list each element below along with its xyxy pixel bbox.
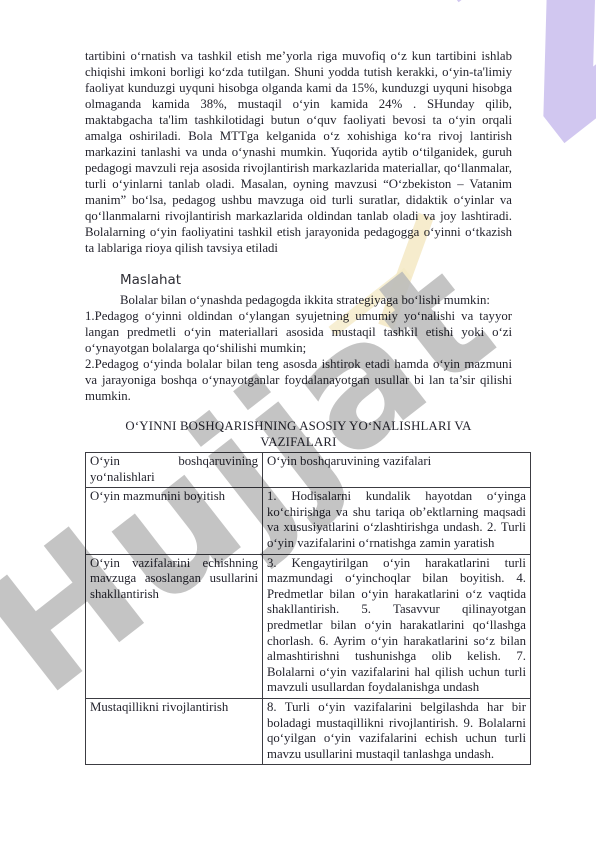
document-page: tartibini o‘rnatish va tashkil etish me’… <box>0 0 596 842</box>
header-cell-tasks: O‘yin boshqaruvining vazifalari <box>263 453 531 488</box>
row-direction-cell: Mustaqillikni rivojlantirish <box>86 698 263 764</box>
table-row: Mustaqillikni rivojlantirish 8. Turli o‘… <box>86 698 531 764</box>
maslahat-item-2: 2.Pedagog o‘yinda bolalar bilan teng aso… <box>85 356 512 404</box>
table-title-line1: O‘YINNI BOSHQARISHNING ASOSIY YO‘NALISHL… <box>85 419 512 435</box>
directions-tasks-table: O‘yin boshqaruvining yo‘nalishlari O‘yin… <box>85 452 531 765</box>
maslahat-intro: Bolalar bilan o‘ynashda pedagogda ikkita… <box>85 292 512 308</box>
table-row: O‘yin mazmunini boyitish 1. Hodisalarni … <box>86 488 531 554</box>
table-title-line2: VAZIFALARI <box>85 435 512 451</box>
table-header-row: O‘yin boshqaruvining yo‘nalishlari O‘yin… <box>86 453 531 488</box>
row-direction-cell: O‘yin mazmunini boyitish <box>86 488 263 554</box>
page-content: tartibini o‘rnatish va tashkil etish me’… <box>85 48 512 765</box>
section-heading-maslahat: Maslahat <box>85 271 512 289</box>
table-title: O‘YINNI BOSHQARISHNING ASOSIY YO‘NALISHL… <box>85 419 512 450</box>
row-tasks-cell: 3. Kengaytirilgan o‘yin harakatlarini tu… <box>263 554 531 698</box>
paragraph-intro: tartibini o‘rnatish va tashkil etish me’… <box>85 48 512 256</box>
table-row: O‘yin vazifalarini echishning mavzuga as… <box>86 554 531 698</box>
row-direction-cell: O‘yin vazifalarini echishning mavzuga as… <box>86 554 263 698</box>
header-cell-directions: O‘yin boshqaruvining yo‘nalishlari <box>86 453 263 488</box>
row-tasks-cell: 8. Turli o‘yin vazifalarini belgilashda … <box>263 698 531 764</box>
maslahat-item-1: 1.Pedagog o‘yinni oldindan o‘ylangan syu… <box>85 308 512 356</box>
row-tasks-cell: 1. Hodisalarni kundalik hayotdan o‘yinga… <box>263 488 531 554</box>
